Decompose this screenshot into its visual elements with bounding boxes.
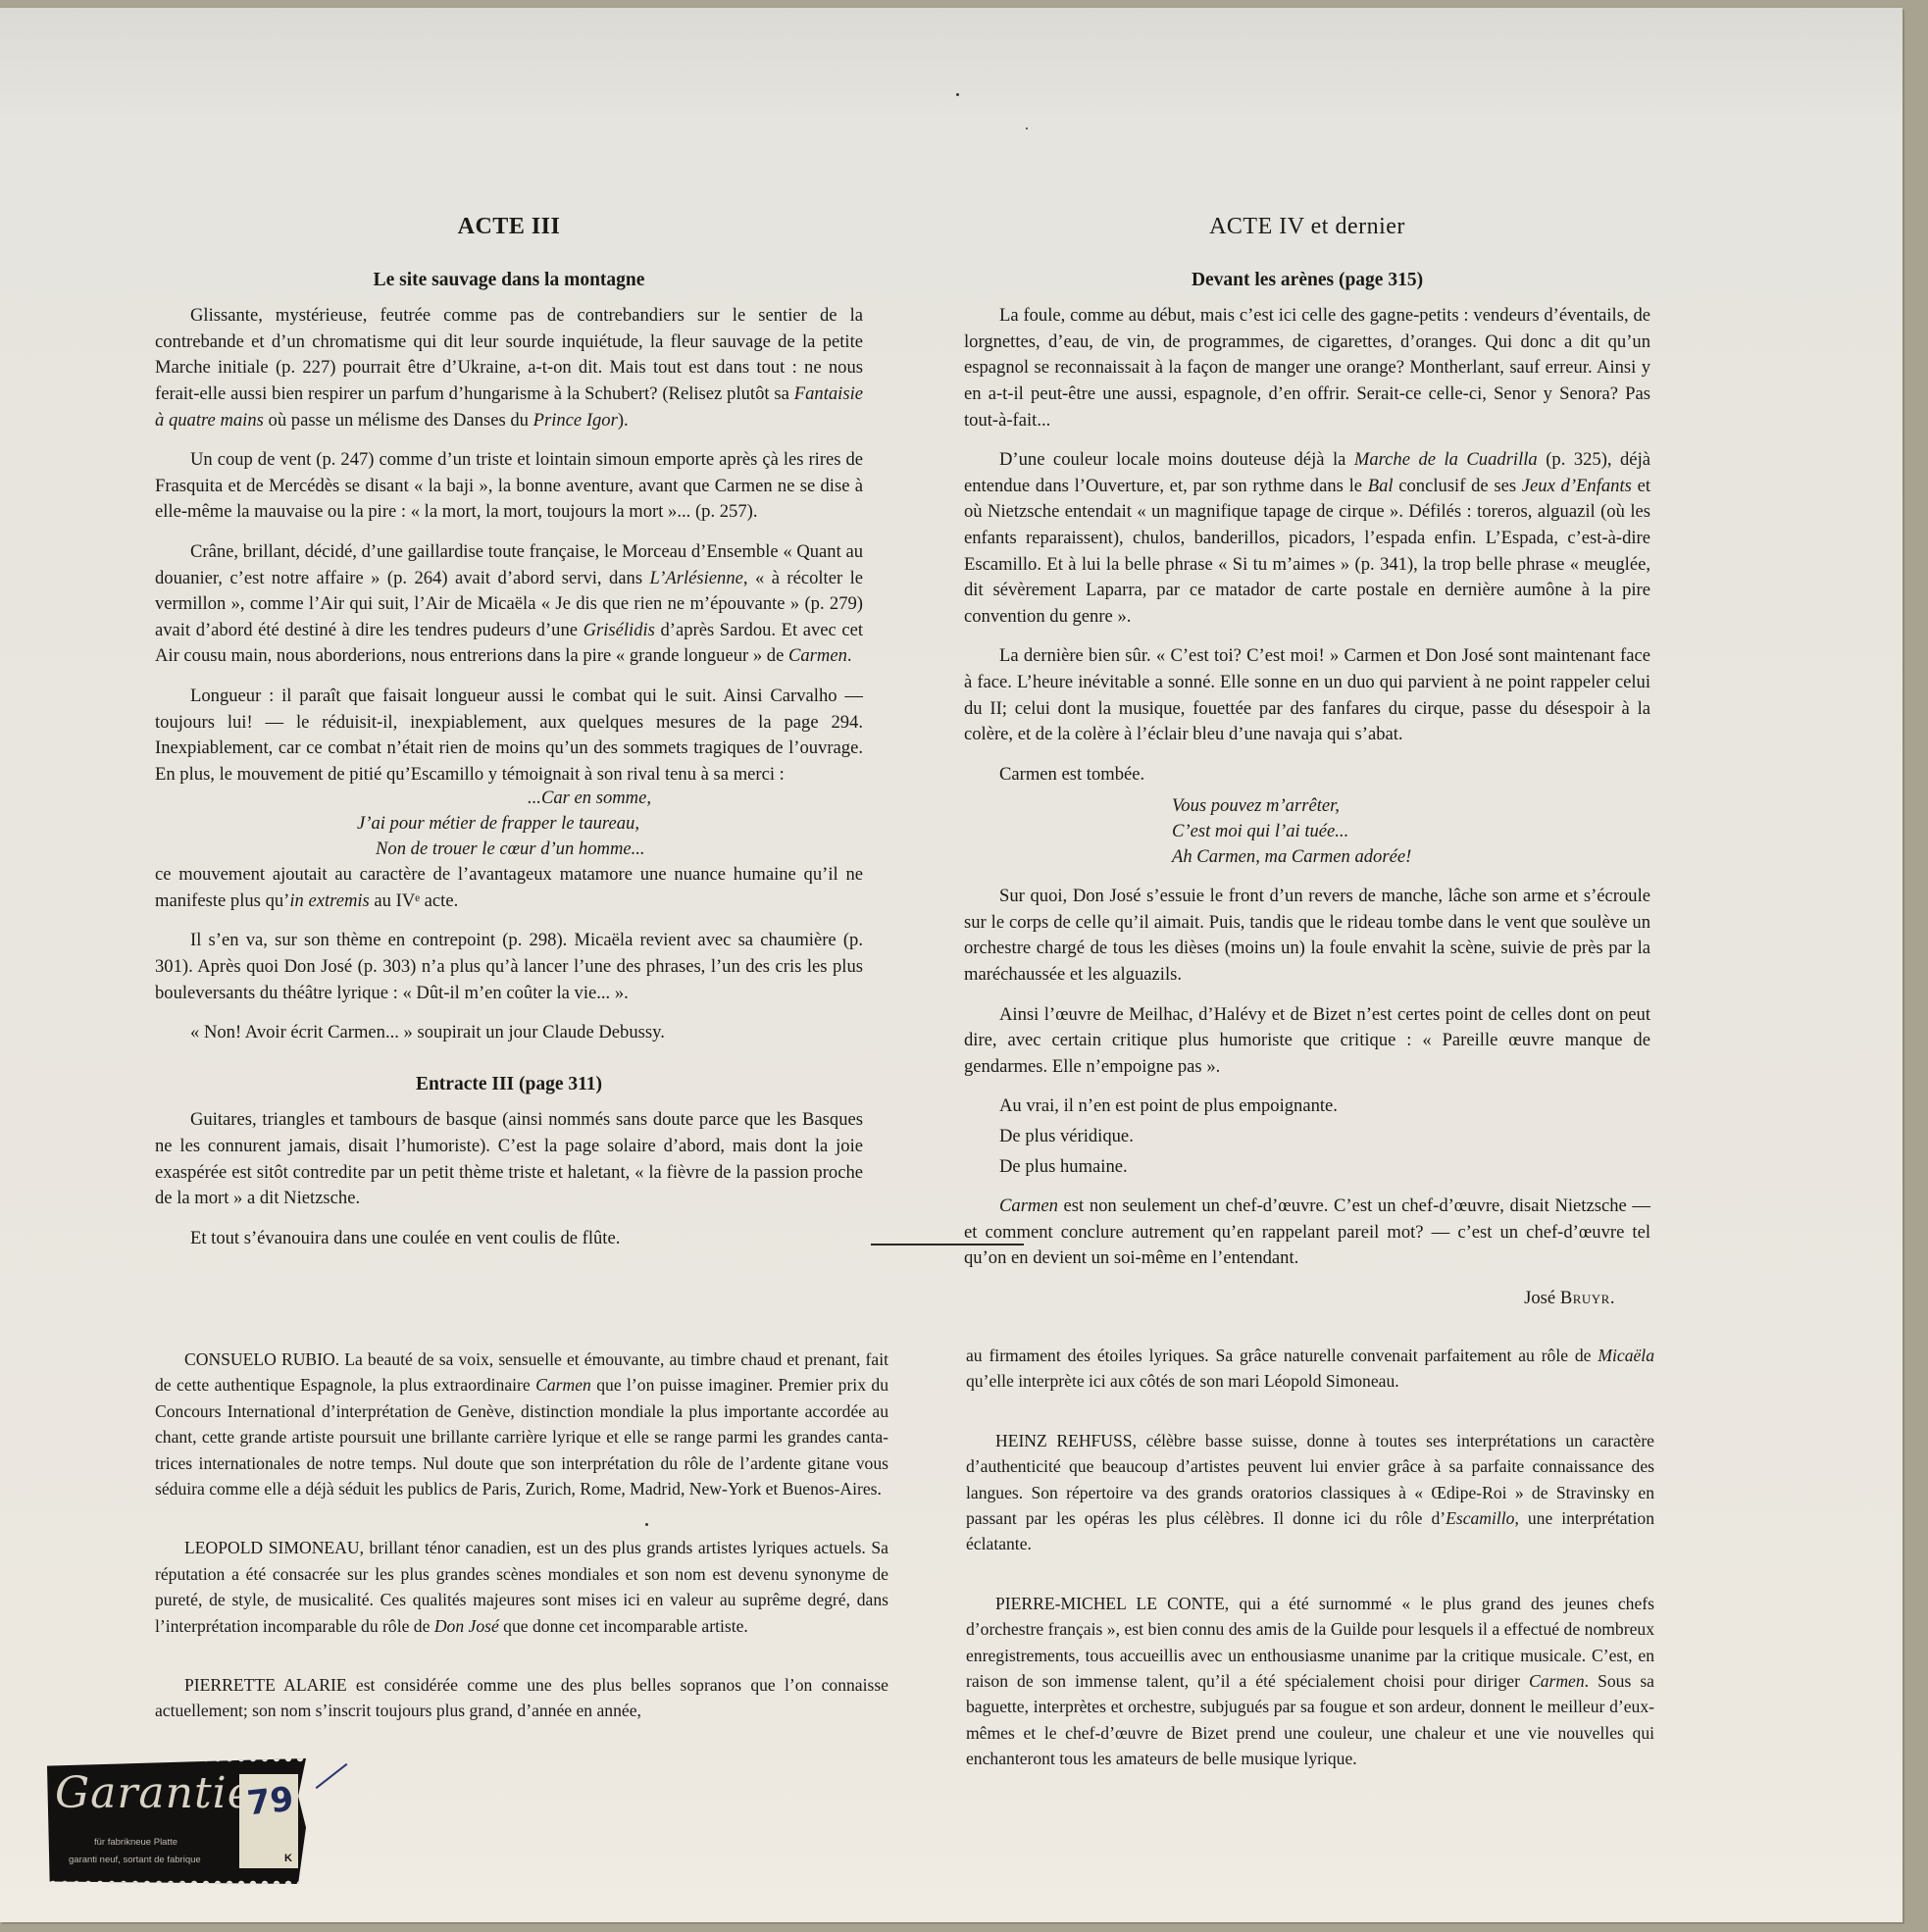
acte-4-paragraph: Carmen est non seulement un chef-d’œuvre…	[964, 1194, 1650, 1272]
acte-4-paragraph: Sur quoi, Don José s’essuie le front d’u…	[964, 884, 1650, 988]
bio-leopold-simoneau: LEOPOLD SIMONEAU, brillant ténor canadie…	[155, 1535, 888, 1639]
acte-4-title: ACTE IV et dernier	[964, 214, 1650, 240]
entracte-paragraph: Guitares, triangles et tambours de basqu…	[155, 1107, 863, 1211]
verse-line: ...Car en somme,	[155, 786, 863, 811]
paper-speck	[645, 1523, 648, 1526]
verse-line: Vous pouvez m’arrêter,	[964, 793, 1650, 819]
acte-3-paragraph: Crâne, brillant, décidé, d’une gaillardi…	[155, 539, 863, 670]
acte-4-column: ACTE IV et dernier Devant les arènes (pa…	[964, 214, 1650, 1312]
verse-line: J’ai pour métier de frapper le taureau,	[155, 811, 863, 837]
author-signature: José Bruyr.	[964, 1286, 1650, 1312]
paper-speck	[1026, 127, 1028, 129]
bio-heinz-rehfuss: HEINZ REHFUSS, célèbre basse suisse, don…	[966, 1428, 1654, 1557]
verse-line: C’est moi qui l’ai tuée...	[964, 819, 1650, 844]
artist-bios-right: au firmament des étoiles lyriques. Sa gr…	[966, 1343, 1654, 1805]
record-sleeve-back: ACTE III Le site sauvage dans la montagn…	[0, 8, 1903, 1922]
sticker-signature-box: 79 K	[239, 1774, 298, 1868]
acte-4-paragraph: Ainsi l’œuvre de Meilhac, d’Halévy et de…	[964, 1002, 1650, 1081]
sticker-corner-letter: K	[284, 1853, 292, 1864]
signature-last-name: Bruyr.	[1560, 1288, 1615, 1308]
acte-4-verse: Vous pouvez m’arrêter, C’est moi qui l’a…	[964, 793, 1650, 870]
verse-line: Non de trouer le cœur d’un homme...	[155, 837, 863, 862]
section-divider	[871, 1244, 1024, 1246]
acte-3-column: ACTE III Le site sauvage dans la montagn…	[155, 214, 863, 1265]
acte-3-paragraph: ce mouvement ajoutait au caractère de l’…	[155, 862, 863, 914]
acte-3-paragraph: Il s’en va, sur son thème en contrepoint…	[155, 928, 863, 1006]
bio-pierrette-alarie-continued: au firmament des étoiles lyriques. Sa gr…	[966, 1343, 1654, 1395]
garantie-sticker: Garantie für fabrikneue Platte garanti n…	[47, 1758, 306, 1884]
artist-bios-left: CONSUELO RUBIO. La beauté de sa voix, se…	[155, 1347, 888, 1757]
bio-pierre-michel-le-conte: PIERRE-MICHEL LE CONTE, qui a été surnom…	[966, 1591, 1654, 1772]
acte-3-subtitle: Le site sauvage dans la montagne	[155, 268, 863, 294]
acte-3-paragraph: Longueur : il paraît que faisait longueu…	[155, 684, 863, 788]
acte-4-subtitle: Devant les arènes (page 315)	[964, 268, 1650, 294]
acte-4-paragraph: La foule, comme au début, mais c’est ici…	[964, 303, 1650, 433]
paper-speck	[956, 93, 959, 96]
bio-consuelo-rubio: CONSUELO RUBIO. La beauté de sa voix, se…	[155, 1347, 888, 1501]
entracte-paragraph: Et tout s’évanouira dans une coulée en v…	[155, 1226, 863, 1252]
sticker-title: Garantie	[55, 1768, 254, 1818]
acte-4-paragraph: De plus humaine.	[964, 1154, 1650, 1181]
acte-3-verse: ...Car en somme, J’ai pour métier de fra…	[155, 786, 863, 862]
acte-3-paragraph: « Non! Avoir écrit Carmen... » soupirait…	[155, 1020, 863, 1046]
acte-4-paragraph: De plus véridique.	[964, 1124, 1650, 1150]
acte-3-paragraph: Glissante, mystérieuse, feutrée comme pa…	[155, 303, 863, 433]
acte-3-paragraph: Un coup de vent (p. 247) comme d’un tris…	[155, 447, 863, 526]
verse-line: Ah Carmen, ma Carmen adorée!	[964, 844, 1650, 870]
acte-4-paragraph: La dernière bien sûr. « C’est toi? C’est…	[964, 643, 1650, 747]
acte-4-paragraph: D’une couleur locale moins douteuse déjà…	[964, 447, 1650, 630]
acte-4-paragraph: Au vrai, il n’en est point de plus empoi…	[964, 1093, 1650, 1120]
sticker-line-2: garanti neuf, sortant de fabrique	[69, 1855, 201, 1865]
acte-4-paragraph: Carmen est tombée.	[964, 762, 1650, 788]
acte-3-title: ACTE III	[155, 214, 863, 240]
handwritten-mark: 79	[245, 1780, 295, 1824]
sticker-line-1: für fabrikneue Platte	[94, 1837, 178, 1848]
entracte-3-title: Entracte III (page 311)	[155, 1072, 863, 1098]
signature-first-name: José	[1524, 1288, 1555, 1308]
bio-pierrette-alarie: PIERRETTE ALARIE est considérée comme un…	[155, 1672, 888, 1724]
